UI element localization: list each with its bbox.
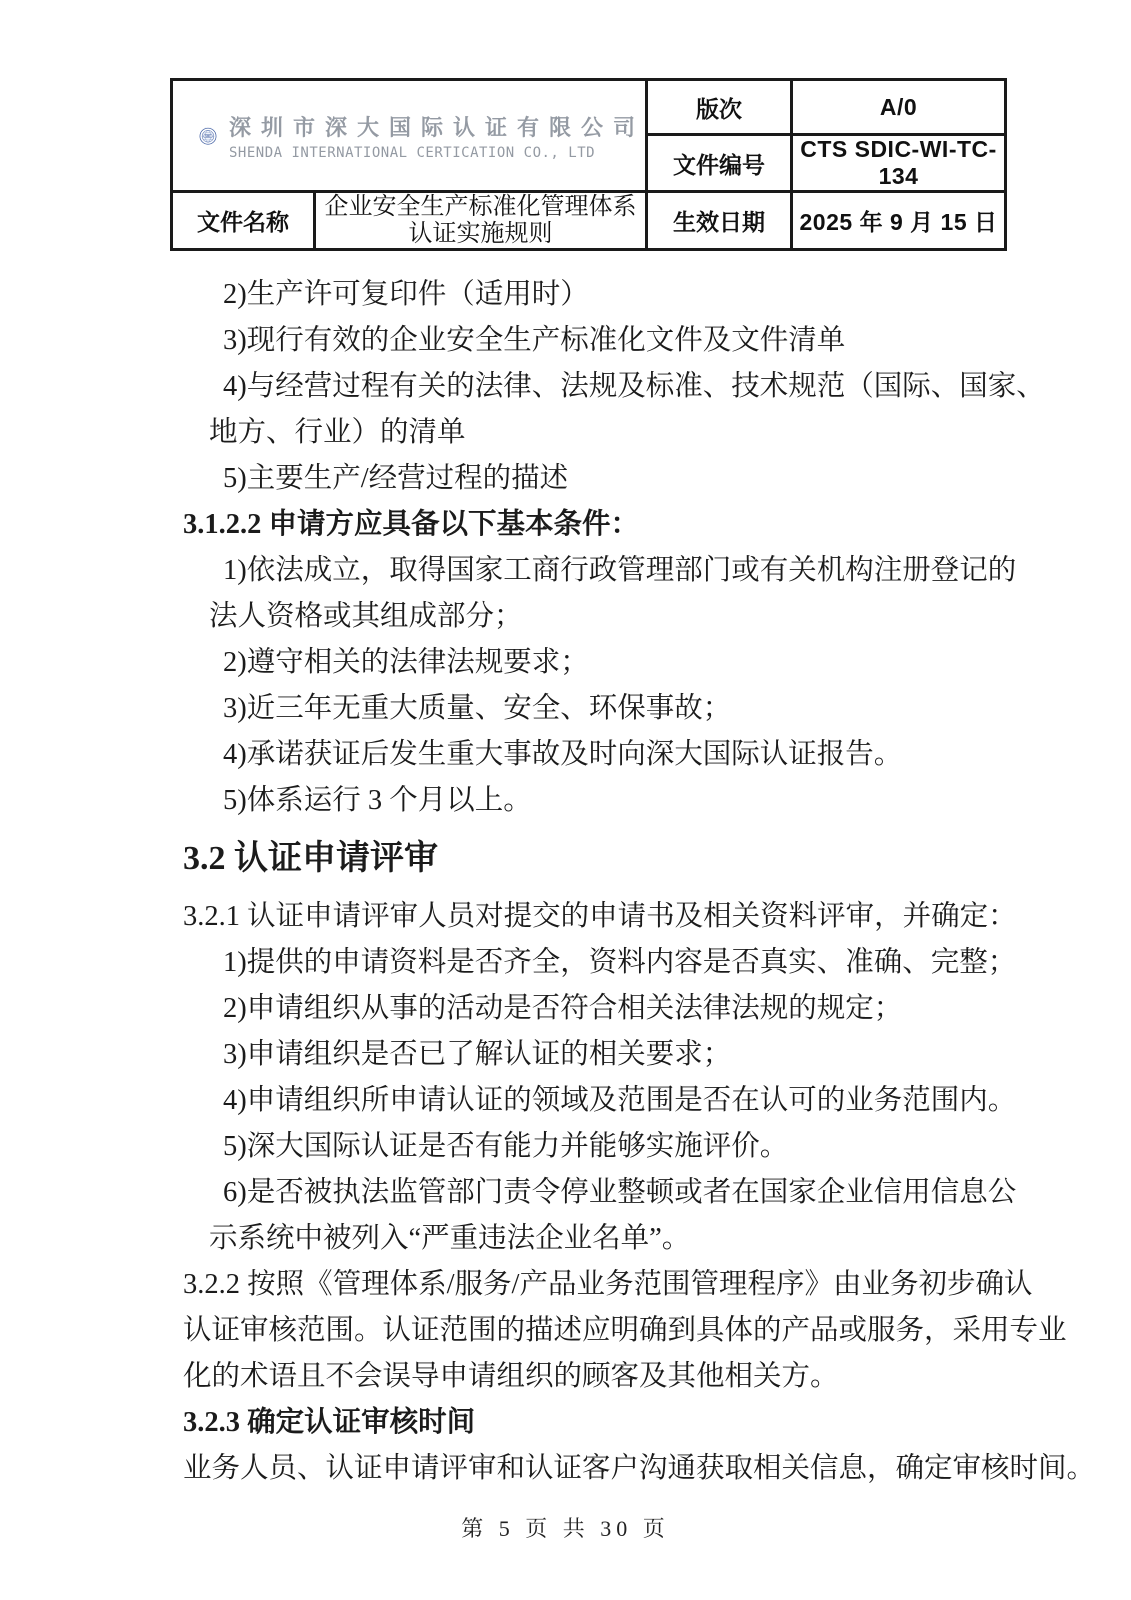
body-line: 3.2.1 认证申请评审人员对提交的申请书及相关资料评审，并确定：	[183, 894, 1013, 940]
body-line: 2)遵守相关的法律法规要求；	[183, 640, 1013, 686]
version-label: 版次	[647, 80, 792, 135]
doc-name-label: 文件名称	[172, 192, 315, 250]
body-line: 5)主要生产/经营过程的描述	[183, 456, 1013, 502]
body-line: 业务人员、认证申请评审和认证客户沟通获取相关信息，确定审核时间。	[183, 1446, 1013, 1492]
effective-date-label: 生效日期	[647, 192, 792, 250]
body-line: 3)申请组织是否已了解认证的相关要求；	[183, 1032, 1013, 1078]
doc-number-value: CTS SDIC-WI-TC-134	[792, 135, 1006, 192]
body-line: 4)申请组织所申请认证的领域及范围是否在认可的业务范围内。	[183, 1078, 1013, 1124]
company-name-block: 深圳市深大国际认证有限公司 SHENDA INTERNATIONAL CERTI…	[229, 111, 645, 161]
effective-date-value: 2025 年 9 月 15 日	[792, 192, 1006, 250]
body-line: 3.2.2 按照《管理体系/服务/产品业务范围管理程序》由业务初步确认	[183, 1262, 1013, 1308]
document-page: SDIC 深圳市深大国际认证有限公司 SHENDA INTERNATIONAL …	[0, 0, 1131, 1600]
body-line: 示系统中被列入“严重违法企业名单”。	[183, 1216, 1013, 1262]
body-line: 3)现行有效的企业安全生产标准化文件及文件清单	[183, 318, 1013, 364]
company-logo-block: SDIC 深圳市深大国际认证有限公司 SHENDA INTERNATIONAL …	[173, 96, 645, 176]
company-name-en: SHENDA INTERNATIONAL CERTICATION CO., LT…	[229, 145, 645, 161]
sdic-globe-logo-icon: SDIC	[199, 96, 217, 176]
body-line: 2)生产许可复印件（适用时）	[183, 272, 1013, 318]
logo-emblem-text: SDIC	[205, 135, 211, 138]
document-body: 2)生产许可复印件（适用时） 3)现行有效的企业安全生产标准化文件及文件清单 4…	[183, 272, 1013, 1492]
body-line: 3)近三年无重大质量、安全、环保事故；	[183, 686, 1013, 732]
logo-cell: SDIC 深圳市深大国际认证有限公司 SHENDA INTERNATIONAL …	[172, 80, 647, 192]
body-line: 地方、行业）的清单	[183, 410, 1013, 456]
company-name-cn: 深圳市深大国际认证有限公司	[229, 111, 645, 142]
section-heading-3-1-2-2: 3.1.2.2 申请方应具备以下基本条件：	[183, 502, 1013, 548]
page-number-footer: 第 5 页 共 30 页	[0, 1512, 1131, 1543]
body-line: 化的术语且不会误导申请组织的顾客及其他相关方。	[183, 1354, 1013, 1400]
document-header-table: SDIC 深圳市深大国际认证有限公司 SHENDA INTERNATIONAL …	[170, 78, 1007, 251]
body-line: 1)提供的申请资料是否齐全，资料内容是否真实、准确、完整；	[183, 940, 1013, 986]
body-line: 6)是否被执法监管部门责令停业整顿或者在国家企业信用信息公	[183, 1170, 1013, 1216]
doc-number-label: 文件编号	[647, 135, 792, 192]
body-line: 法人资格或其组成部分；	[183, 594, 1013, 640]
body-line: 4)承诺获证后发生重大事故及时向深大国际认证报告。	[183, 732, 1013, 778]
body-line: 5)深大国际认证是否有能力并能够实施评价。	[183, 1124, 1013, 1170]
body-line: 1)依法成立，取得国家工商行政管理部门或有关机构注册登记的	[183, 548, 1013, 594]
version-value: A/0	[792, 80, 1006, 135]
body-line: 5)体系运行 3 个月以上。	[183, 778, 1013, 824]
body-line: 认证审核范围。认证范围的描述应明确到具体的产品或服务，采用专业	[183, 1308, 1013, 1354]
section-heading-3-2: 3.2 认证申请评审	[183, 824, 1013, 894]
body-line: 4)与经营过程有关的法律、法规及标准、技术规范（国际、国家、	[183, 364, 1013, 410]
body-line: 2)申请组织从事的活动是否符合相关法律法规的规定；	[183, 986, 1013, 1032]
section-heading-3-2-3: 3.2.3 确定认证审核时间	[183, 1400, 1013, 1446]
doc-name-value: 企业安全生产标准化管理体系认证实施规则	[315, 192, 647, 250]
